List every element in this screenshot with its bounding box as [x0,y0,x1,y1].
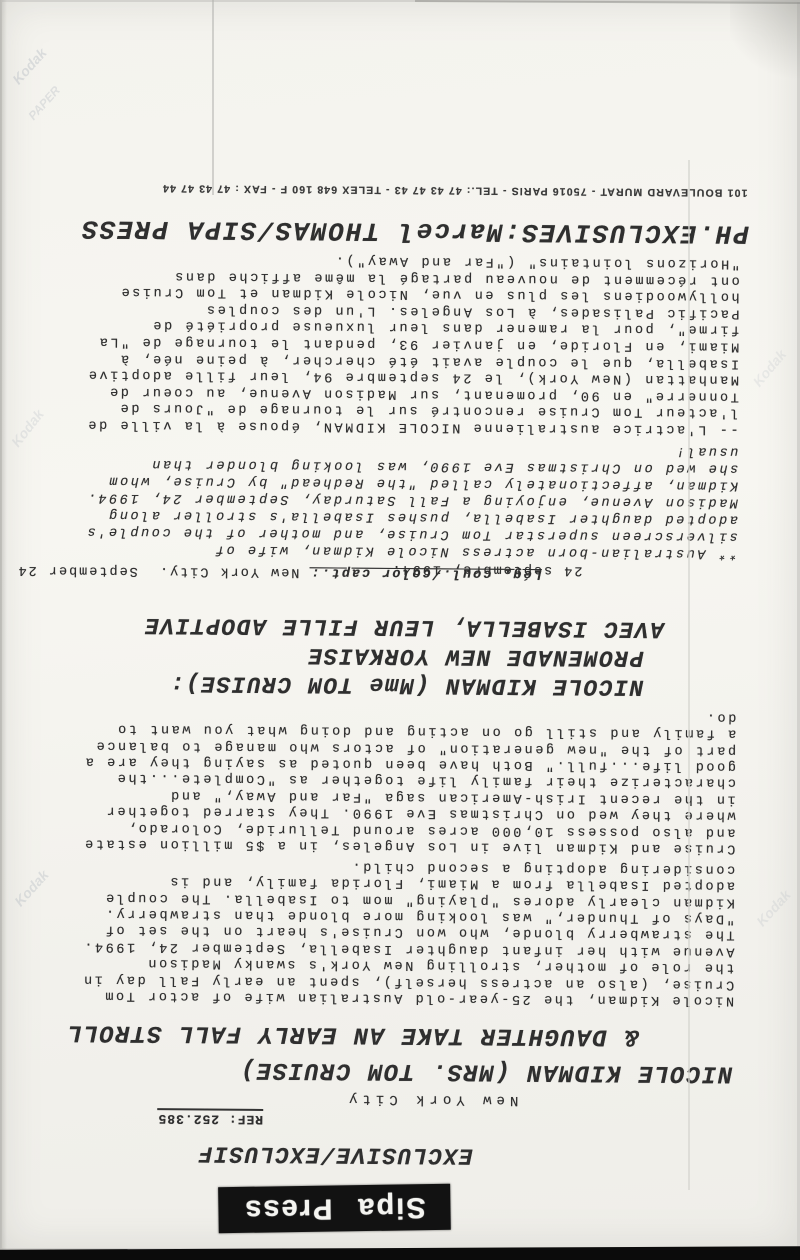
headline-fr-line1: NICOLE KIDMAN (Mme TOM CRUISE): [169,670,644,700]
sipa-press-logo: Sipa Press [218,1184,451,1233]
headline-fr-line2: PROMENADE NEW YORKAISE [307,642,644,671]
scan-streak-left [212,0,214,195]
photo-credit-line: PH.EXCLUSIVES:Marcel THOMAS/SIPA PRESS [80,213,749,248]
photo-bottom-black-band [0,1246,800,1260]
body-paragraph-2: Cruise and Kidman live in Los Angeles, i… [53,703,736,856]
paper-edge-shadow [0,0,7,1260]
caption-date-line: 24 septembre, 1994. [390,561,582,578]
ref-number: REF: 252.385 [157,1108,263,1127]
photo-scan: Kodak PAPER Kodak Kodak Kodak Kodak Sipa… [0,0,800,1260]
exclusive-label: EXCLUSIVE/EXCLUSIF [197,1140,473,1168]
document-rotated-180: Sipa Press EXCLUSIVE/EXCLUSIF REF: 252.3… [0,0,800,1260]
agency-address-line: 101 BOULEVARD MURAT - 75016 PARIS - TEL.… [162,182,748,199]
scan-streak-right [688,160,690,1190]
dateline-city: New York City [344,1091,518,1108]
headline-en-line2: & DAUGHTER TAKE AN EARLY FALL STROLL [66,1018,639,1049]
body-paragraph-1: Nicole Kidman, the 25-year-old Australia… [52,855,735,1008]
corner-shadow [730,0,800,90]
caption-paragraph-italic: ** Australian-born actress Nicole Kidman… [56,437,739,561]
paragraph-french: -- L'actrice australienne NICOLE KIDMAN,… [57,249,740,437]
headline-fr-line3: AVEC ISABELLA, LEUR FILLE ADOPTIVE [144,612,664,642]
headline-en-line1: NICOLE KIDMAN (MRS. TOM CRUISE) [239,1056,732,1087]
caption-text: New York City. September 24 [16,562,309,579]
sipa-press-logo-text: Sipa Press [243,1191,426,1227]
